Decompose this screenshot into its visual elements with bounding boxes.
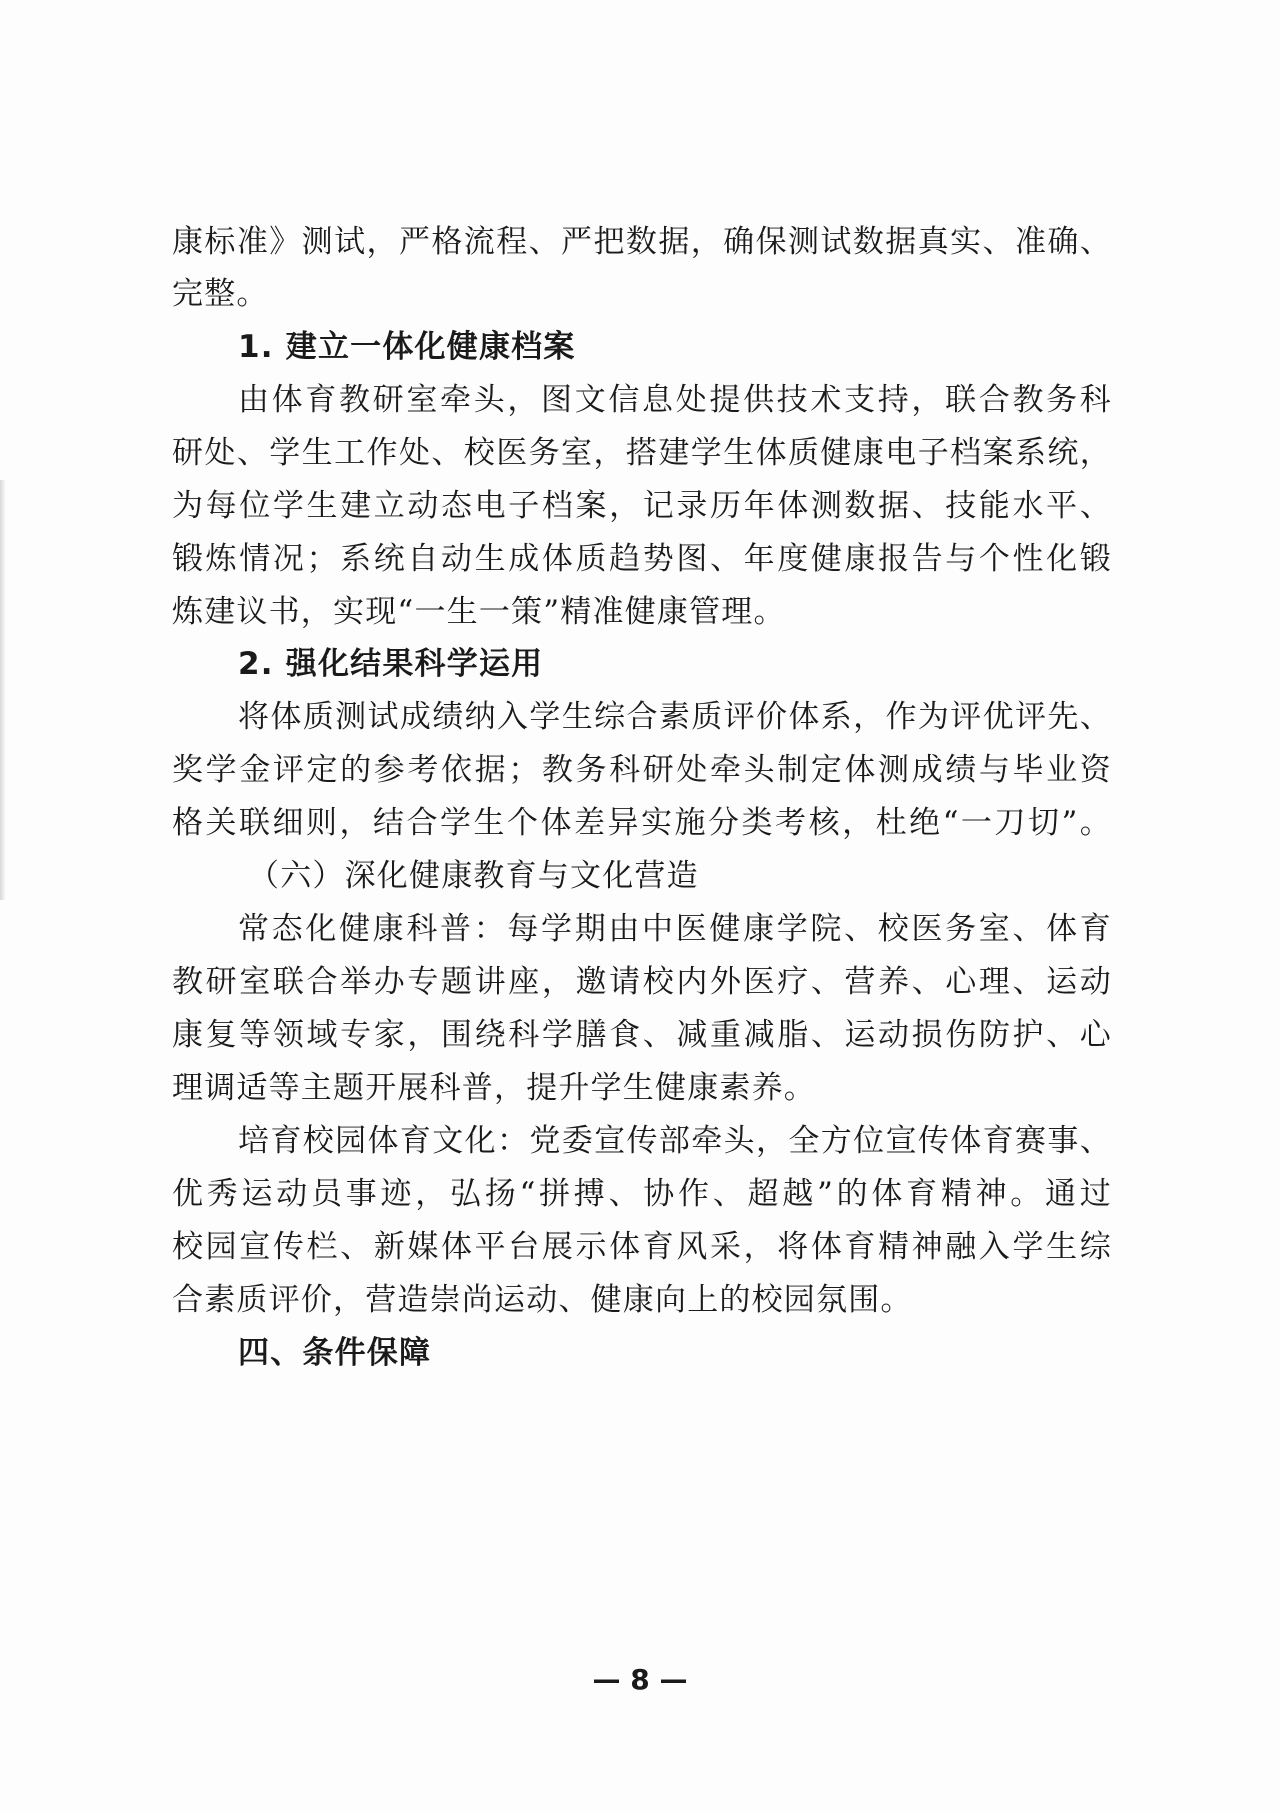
paragraph-line: 为每位学生建立动态电子档案，记录历年体测数据、技能水平、 — [172, 486, 1112, 526]
paragraph-line: 炼建议书，实现“一生一策”精准健康管理。 — [172, 592, 1112, 632]
paragraph-line: 奖学金评定的参考依据；教务科研处牵头制定体测成绩与毕业资 — [172, 750, 1112, 790]
paragraph-line: 完整。 — [172, 274, 1112, 314]
paragraph-line: 常态化健康科普：每学期由中医健康学院、校医务室、体育 — [238, 909, 1112, 949]
paragraph-line: 康复等领域专家，围绕科学膳食、减重减脂、运动损伤防护、心 — [172, 1015, 1112, 1055]
paragraph-line: 校园宣传栏、新媒体平台展示体育风采，将体育精神融入学生综 — [172, 1227, 1112, 1267]
paragraph-line: 格关联细则，结合学生个体差异实施分类考核，杜绝“一刀切”。 — [172, 803, 1112, 843]
page-number: — 8 — — [0, 1662, 1280, 1698]
paragraph-line: 锻炼情况；系统自动生成体质趋势图、年度健康报告与个性化锻 — [172, 539, 1112, 579]
scan-edge-shadow — [0, 480, 6, 900]
heading-numbered-1: 1. 建立一体化健康档案 — [238, 327, 1178, 367]
paragraph-line: 研处、学生工作处、校医务室，搭建学生体质健康电子档案系统， — [172, 433, 1112, 473]
paragraph-line: 合素质评价，营造崇尚运动、健康向上的校园氛围。 — [172, 1280, 1112, 1320]
document-page: 康标准》测试，严格流程、严把数据，确保测试数据真实、准确、 完整。 1. 建立一… — [0, 0, 1280, 1811]
heading-section: （六）深化健康教育与文化营造 — [248, 856, 1188, 896]
paragraph-line: 教研室联合举办专题讲座，邀请校内外医疗、营养、心理、运动 — [172, 962, 1112, 1002]
paragraph-line: 将体质测试成绩纳入学生综合素质评价体系，作为评优评先、 — [238, 697, 1112, 737]
paragraph-line: 培育校园体育文化：党委宣传部牵头，全方位宣传体育赛事、 — [238, 1121, 1112, 1161]
heading-chapter: 四、条件保障 — [238, 1333, 1178, 1373]
paragraph-line: 康标准》测试，严格流程、严把数据，确保测试数据真实、准确、 — [172, 222, 1112, 262]
heading-numbered-2: 2. 强化结果科学运用 — [238, 644, 1178, 684]
paragraph-line: 优秀运动员事迹，弘扬“拼搏、协作、超越”的体育精神。通过 — [172, 1174, 1112, 1214]
paragraph-line: 理调适等主题开展科普，提升学生健康素养。 — [172, 1068, 1112, 1108]
paragraph-line: 由体育教研室牵头，图文信息处提供技术支持，联合教务科 — [238, 380, 1112, 420]
